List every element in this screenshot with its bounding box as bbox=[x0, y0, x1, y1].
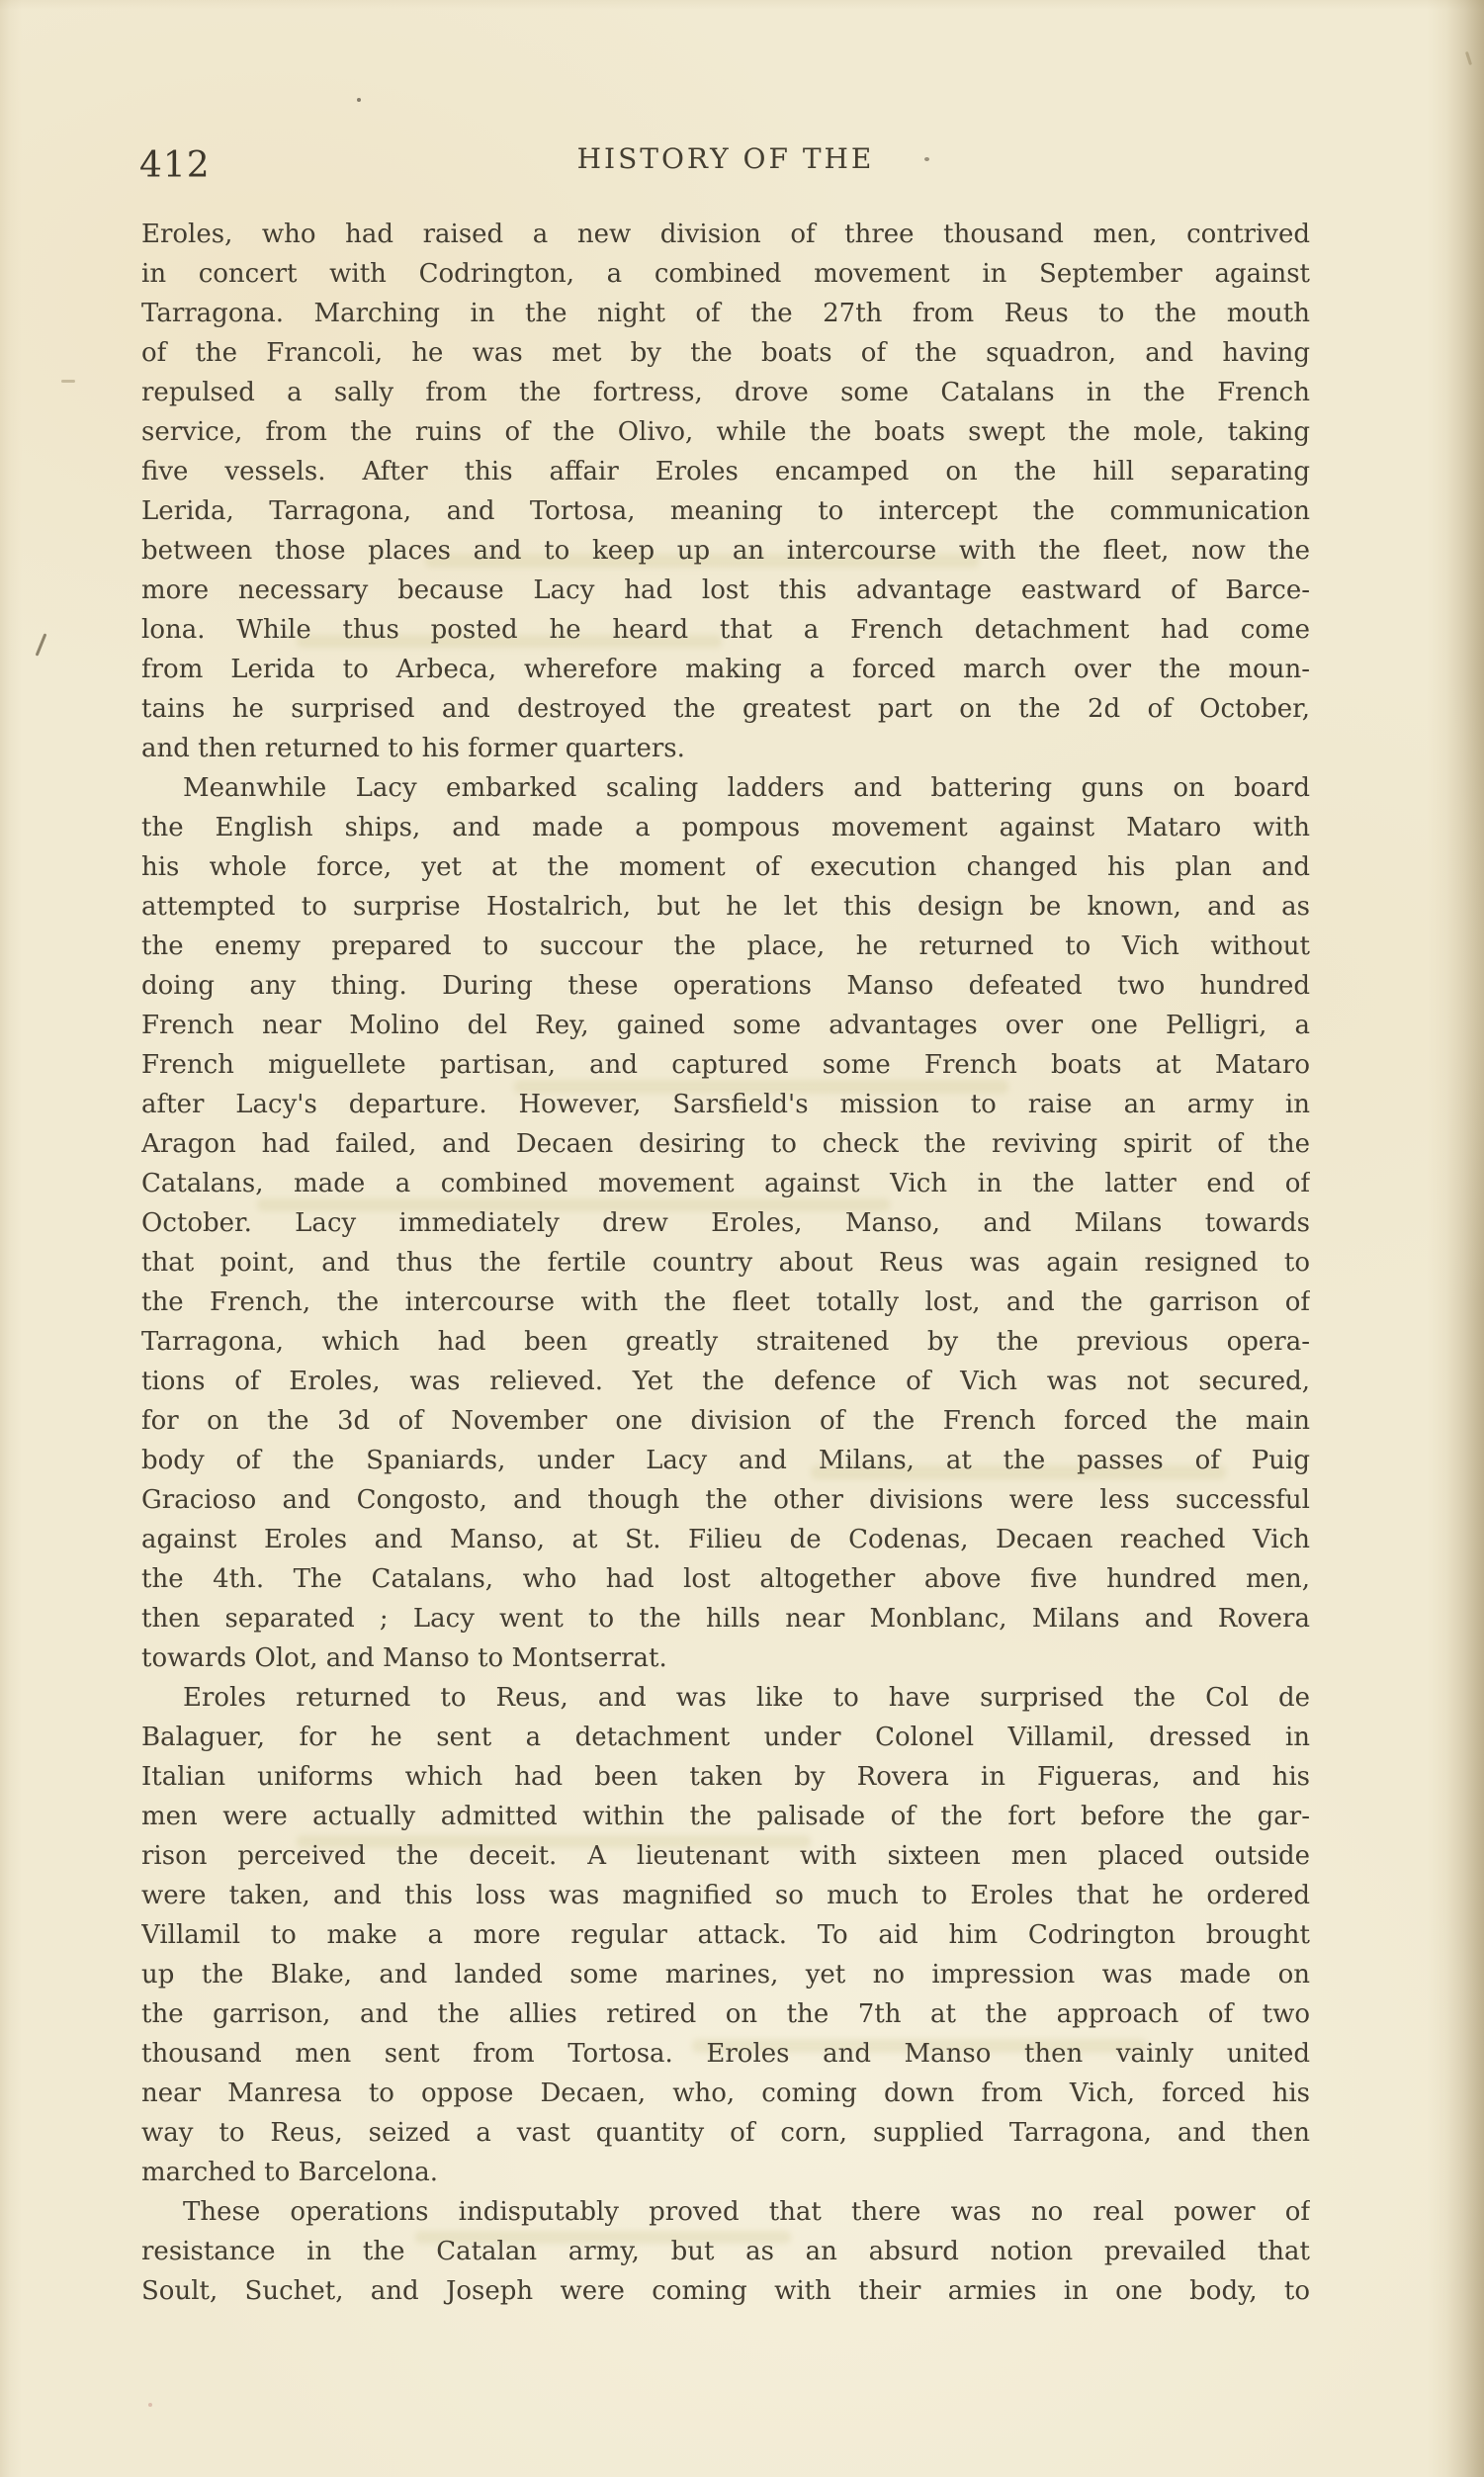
text-line: that point, and thus the fertile country… bbox=[141, 1243, 1310, 1283]
text-block: Eroles, who had raised a new division of… bbox=[141, 215, 1310, 2311]
text-line: more necessary because Lacy had lost thi… bbox=[141, 571, 1310, 610]
text-line: and then returned to his former quarters… bbox=[141, 729, 1310, 768]
margin-dash-mark bbox=[61, 380, 75, 383]
text-line: Villamil to make a more regular attack. … bbox=[141, 1915, 1310, 1955]
text-line: men were actually admitted within the pa… bbox=[141, 1797, 1310, 1836]
text-line: body of the Spaniards, under Lacy and Mi… bbox=[141, 1441, 1310, 1480]
text-line: tains he surprised and destroyed the gre… bbox=[141, 689, 1310, 729]
text-line: French near Molino del Rey, gained some … bbox=[141, 1006, 1310, 1045]
text-line: his whole force, yet at the moment of ex… bbox=[141, 847, 1310, 887]
text-line: from Lerida to Arbeca, wherefore making … bbox=[141, 650, 1310, 689]
text-line: Aragon had failed, and Decaen desiring t… bbox=[141, 1124, 1310, 1164]
text-line: near Manresa to oppose Decaen, who, comi… bbox=[141, 2074, 1310, 2113]
text-line: the enemy prepared to succour the place,… bbox=[141, 927, 1310, 966]
paragraph: Meanwhile Lacy embarked scaling ladders … bbox=[141, 768, 1310, 1678]
text-line: Meanwhile Lacy embarked scaling ladders … bbox=[141, 768, 1310, 808]
paper-fiber-mark bbox=[1465, 51, 1472, 65]
text-line: the English ships, and made a pompous mo… bbox=[141, 808, 1310, 847]
text-line: after Lacy's departure. However, Sarsfie… bbox=[141, 1085, 1310, 1124]
text-line: Gracioso and Congosto, and though the ot… bbox=[141, 1480, 1310, 1520]
text-line: rison perceived the deceit. A lieutenant… bbox=[141, 1836, 1310, 1876]
text-line: Soult, Suchet, and Joseph were coming wi… bbox=[141, 2271, 1310, 2311]
text-line: between those places and to keep up an i… bbox=[141, 531, 1310, 571]
text-line: Tarragona. Marching in the night of the … bbox=[141, 294, 1310, 333]
text-line: the 4th. The Catalans, who had lost alto… bbox=[141, 1559, 1310, 1599]
text-line: These operations indisputably proved tha… bbox=[141, 2192, 1310, 2232]
text-line: Eroles, who had raised a new division of… bbox=[141, 215, 1310, 254]
text-line: Balaguer, for he sent a detachment under… bbox=[141, 1718, 1310, 1757]
text-line: against Eroles and Manso, at St. Filieu … bbox=[141, 1520, 1310, 1559]
text-line: Lerida, Tarragona, and Tortosa, meaning … bbox=[141, 491, 1310, 531]
text-line: thousand men sent from Tortosa. Eroles a… bbox=[141, 2034, 1310, 2074]
text-line: the garrison, and the allies retired on … bbox=[141, 1994, 1310, 2034]
text-line: Catalans, made a combined movement again… bbox=[141, 1164, 1310, 1203]
text-line: attempted to surprise Hostalrich, but he… bbox=[141, 887, 1310, 927]
text-line: marched to Barcelona. bbox=[141, 2153, 1310, 2192]
text-line: way to Reus, seized a vast quantity of c… bbox=[141, 2113, 1310, 2153]
text-line: lona. While thus posted he heard that a … bbox=[141, 610, 1310, 650]
text-line: of the Francoli, he was met by the boats… bbox=[141, 333, 1310, 373]
paragraph: Eroles, who had raised a new division of… bbox=[141, 215, 1310, 768]
paragraph: These operations indisputably proved tha… bbox=[141, 2192, 1310, 2311]
text-line: five vessels. After this affair Eroles e… bbox=[141, 452, 1310, 491]
text-line: repulsed a sally from the fortress, drov… bbox=[141, 373, 1310, 412]
paragraph: Eroles returned to Reus, and was like to… bbox=[141, 1678, 1310, 2192]
text-line: doing any thing. During these operations… bbox=[141, 966, 1310, 1006]
running-title: HISTORY OF THE bbox=[141, 145, 1310, 173]
text-line: Eroles returned to Reus, and was like to… bbox=[141, 1678, 1310, 1718]
ink-speck bbox=[148, 2403, 152, 2407]
text-line: towards Olot, and Manso to Montserrat. bbox=[141, 1638, 1310, 1678]
text-line: tions of Eroles, was relieved. Yet the d… bbox=[141, 1362, 1310, 1401]
text-line: the French, the intercourse with the fle… bbox=[141, 1283, 1310, 1322]
text-line: Italian uniforms which had been taken by… bbox=[141, 1757, 1310, 1797]
text-line: for on the 3d of November one division o… bbox=[141, 1401, 1310, 1441]
book-page: 412 HISTORY OF THE Eroles, who had raise… bbox=[0, 0, 1484, 2477]
text-line: then separated ; Lacy went to the hills … bbox=[141, 1599, 1310, 1638]
text-line: up the Blake, and landed some marines, y… bbox=[141, 1955, 1310, 1994]
text-line: French miguellete partisan, and captured… bbox=[141, 1045, 1310, 1085]
text-line: resistance in the Catalan army, but as a… bbox=[141, 2232, 1310, 2271]
text-line: were taken, and this loss was magnified … bbox=[141, 1876, 1310, 1915]
ink-speck bbox=[357, 98, 361, 102]
pen-mark bbox=[36, 633, 47, 656]
text-line: Tarragona, which had been greatly strait… bbox=[141, 1322, 1310, 1362]
text-line: October. Lacy immediately drew Eroles, M… bbox=[141, 1203, 1310, 1243]
text-line: in concert with Codrington, a combined m… bbox=[141, 254, 1310, 294]
text-line: service, from the ruins of the Olivo, wh… bbox=[141, 412, 1310, 452]
